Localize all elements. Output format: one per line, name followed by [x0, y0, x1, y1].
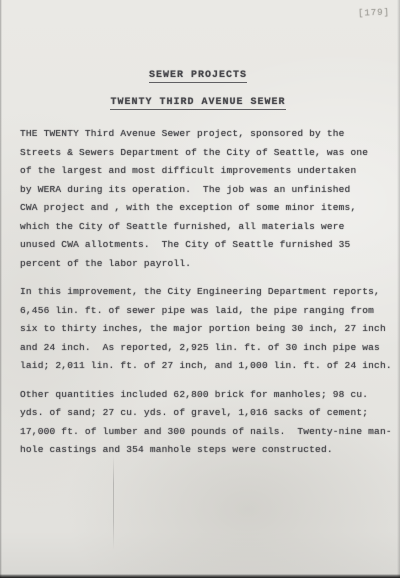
- text-line: 17,000 ft. of lumber and 300 pounds of n…: [20, 423, 376, 442]
- text-line: of the largest and most difficult improv…: [20, 162, 376, 181]
- text-line: THE TWENTY Third Avenue Sewer project, s…: [20, 125, 376, 144]
- document-sheet: SEWER PROJECTS TWENTY THIRD AVENUE SEWER…: [0, 0, 400, 460]
- text-line: six to thirty inches, the major portion …: [20, 320, 376, 339]
- text-line: 6,456 lin. ft. of sewer pipe was laid, t…: [20, 302, 376, 321]
- scan-edge-left: [0, 0, 2, 578]
- paragraph-2: In this improvement, the City Engineerin…: [20, 283, 376, 376]
- text-line: which the City of Seattle furnished, all…: [20, 218, 376, 237]
- text-line: Streets & Sewers Department of the City …: [20, 144, 376, 163]
- text-line: and 24 inch. As reported, 2,925 lin. ft.…: [20, 339, 376, 358]
- text-line: by WERA during its operation. The job wa…: [20, 181, 376, 200]
- text-line: laid; 2,011 lin. ft. of 27 inch, and 1,0…: [20, 357, 376, 376]
- document-title-text: SEWER PROJECTS: [149, 70, 247, 83]
- document-subtitle-text: TWENTY THIRD AVENUE SEWER: [110, 97, 285, 110]
- text-line: In this improvement, the City Engineerin…: [20, 283, 376, 302]
- text-line: hole castings and 354 manhole steps were…: [20, 441, 376, 460]
- text-line: yds. of sand; 27 cu. yds. of gravel, 1,0…: [20, 404, 376, 423]
- paragraph-3: Other quantities included 62,800 brick f…: [20, 386, 376, 460]
- text-line: unused CWA allotments. The City of Seatt…: [20, 236, 376, 255]
- document-body: THE TWENTY Third Avenue Sewer project, s…: [20, 125, 376, 460]
- paper-crease: [113, 455, 114, 550]
- text-line: CWA project and , with the exception of …: [20, 199, 376, 218]
- text-line: percent of the labor payroll.: [20, 255, 376, 274]
- document-subtitle: TWENTY THIRD AVENUE SEWER: [20, 83, 376, 110]
- document-title: SEWER PROJECTS: [20, 0, 376, 83]
- text-line: Other quantities included 62,800 brick f…: [20, 386, 376, 405]
- scanned-page: [179] SEWER PROJECTS TWENTY THIRD AVENUE…: [0, 0, 400, 578]
- paragraph-1: THE TWENTY Third Avenue Sewer project, s…: [20, 125, 376, 273]
- scan-edge-bottom: [0, 574, 400, 578]
